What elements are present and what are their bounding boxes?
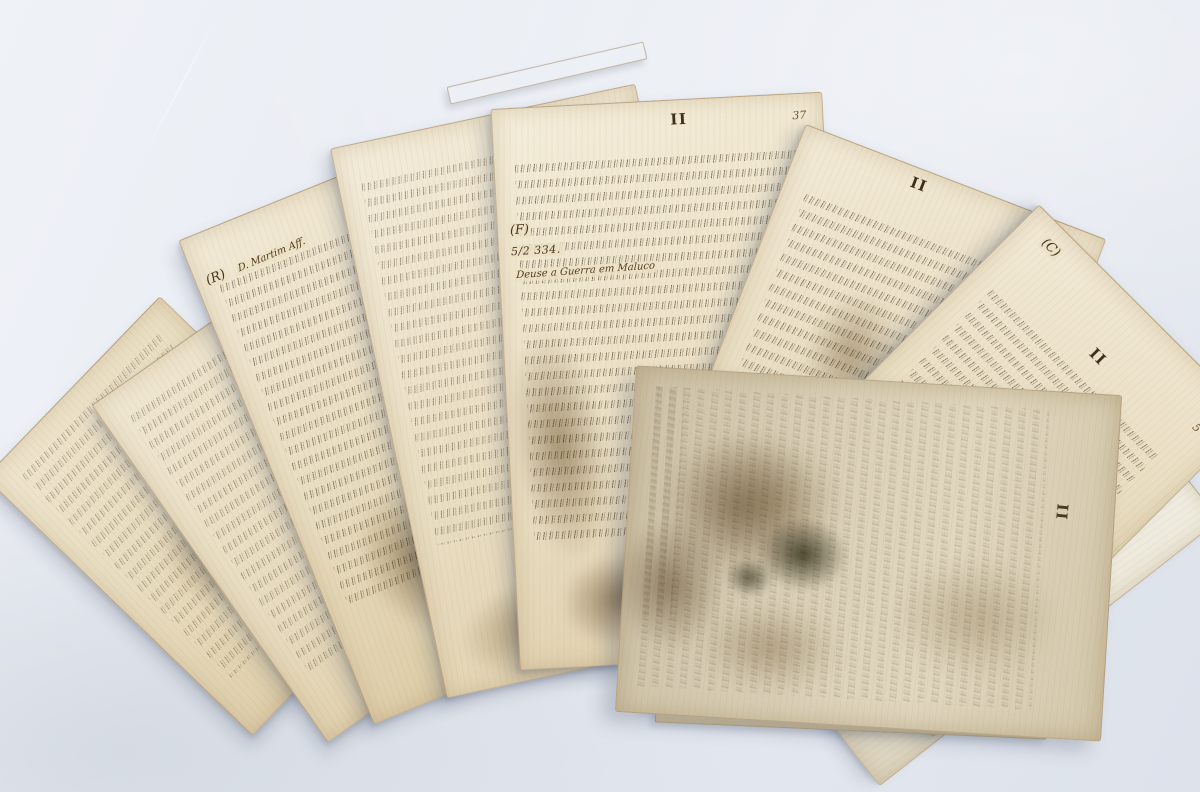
photograph-of-manuscripts: II II (R) D. Martim Aff. II 37 (F) 5/2 3… <box>0 0 1200 792</box>
page-number: 37 <box>792 110 807 122</box>
page-number: 5 <box>1190 422 1200 435</box>
surface-scratch <box>142 16 219 158</box>
water-stain <box>600 500 740 670</box>
chapter-numeral: II <box>1053 503 1070 521</box>
paragraph-mark: (C) <box>1037 234 1065 262</box>
paragraph-mark: (F) <box>508 222 532 238</box>
chapter-numeral: II <box>1086 346 1109 369</box>
chapter-numeral: II <box>670 112 688 128</box>
chapter-numeral: II <box>908 175 929 195</box>
